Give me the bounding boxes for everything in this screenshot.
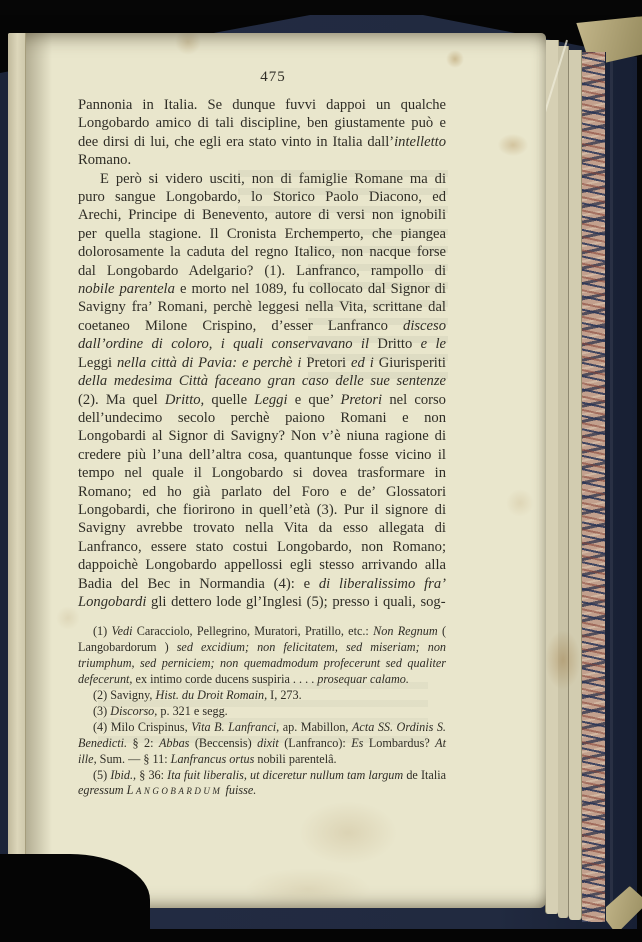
text-segment: (1) bbox=[93, 624, 112, 638]
text-segment: Vedi bbox=[112, 624, 133, 638]
text-segment: (3) bbox=[93, 704, 110, 718]
text-segment: de Italia bbox=[403, 768, 446, 782]
text-segment: Caracciolo, Pellegrino, Muratori, Pratil… bbox=[132, 624, 373, 638]
shadow-bottom bbox=[0, 929, 642, 942]
text-segment: Pretori bbox=[340, 392, 382, 408]
text-segment: (Beccensis) bbox=[189, 736, 257, 750]
text-segment: ap. Mabillon, bbox=[279, 720, 352, 734]
main-text: Pannonia in Italia. Se dunque fuvvi dapp… bbox=[78, 96, 446, 611]
text-segment: intelletto bbox=[394, 134, 446, 150]
text-segment: § 36: bbox=[136, 768, 167, 782]
text-segment: quelle bbox=[204, 392, 254, 408]
text-segment: (5) bbox=[93, 768, 110, 782]
text-segment: Ita fuit liberalis, ut diceretur nullum … bbox=[167, 768, 403, 782]
text-segment: Pretori bbox=[306, 355, 351, 371]
text-segment: Es bbox=[351, 736, 363, 750]
text-segment: Dritto, bbox=[165, 392, 204, 408]
footnote: (3) Discorso, p. 321 e segg. bbox=[78, 704, 446, 720]
text-segment: (4) Milo Crispinus, bbox=[93, 720, 191, 734]
text-segment: Lombardus? bbox=[363, 736, 435, 750]
text-segment: § 2: bbox=[127, 736, 159, 750]
gutter-shadow bbox=[26, 33, 52, 908]
text-segment: Pannonia in Italia. Se dunque fuvvi dapp… bbox=[78, 97, 446, 150]
text-segment: (Lanfranco): bbox=[279, 736, 351, 750]
footnote: (2) Savigny, Hist. du Droit Romain, I, 2… bbox=[78, 688, 446, 704]
page-edges-stack bbox=[569, 50, 582, 920]
page-number: 475 bbox=[100, 69, 446, 86]
text-segment: Giurisperiti bbox=[379, 355, 446, 371]
footnotes: (1) Vedi Caracciolo, Pellegrino, Murator… bbox=[78, 624, 446, 799]
text-segment: I, 273. bbox=[267, 688, 302, 702]
text-segment: Romano. bbox=[78, 152, 131, 168]
text-segment: Leggi bbox=[78, 355, 117, 371]
marbled-endpaper-edge bbox=[582, 52, 606, 922]
text-segment: nobili parentelâ. bbox=[254, 752, 336, 766]
text-segment: ed i bbox=[351, 355, 379, 371]
text-column: 475 Pannonia in Italia. Se dunque fuvvi … bbox=[78, 69, 446, 799]
page-edges-stack bbox=[558, 46, 569, 918]
text-segment: e le bbox=[421, 336, 446, 352]
text-segment: e que’ bbox=[288, 392, 341, 408]
text-segment: Leggi bbox=[254, 392, 287, 408]
text-segment: ex intimo corde ducens suspiria . . . . bbox=[132, 672, 317, 686]
cover-ridge-highlight bbox=[610, 20, 613, 925]
text-segment: dixit bbox=[257, 736, 279, 750]
text-segment: Langobardum bbox=[127, 783, 223, 797]
text-segment: prosequar calamo. bbox=[317, 672, 409, 686]
paragraph: Pannonia in Italia. Se dunque fuvvi dapp… bbox=[78, 96, 446, 170]
footnote: (4) Milo Crispinus, Vita B. Lanfranci, a… bbox=[78, 720, 446, 768]
text-segment: Hist. du Droit Romain, bbox=[156, 688, 268, 702]
paragraph: E però si videro usciti, non di famiglie… bbox=[78, 170, 446, 612]
text-segment: gli dettero lode gl’Inglesi (5); presso … bbox=[146, 594, 445, 610]
text-segment: E però si videro usciti, non di famiglie… bbox=[78, 171, 446, 279]
text-segment: (2). Ma quel bbox=[78, 392, 165, 408]
book-page: 475 Pannonia in Italia. Se dunque fuvvi … bbox=[8, 33, 546, 908]
footnote: (5) Ibid., § 36: Ita fuit liberalis, ut … bbox=[78, 768, 446, 800]
text-segment: Lanfrancus ortus bbox=[171, 752, 255, 766]
footnote: (1) Vedi Caracciolo, Pellegrino, Murator… bbox=[78, 624, 446, 688]
book-photo: 475 Pannonia in Italia. Se dunque fuvvi … bbox=[0, 0, 642, 942]
text-segment: nella città di Pavia: e perchè i bbox=[117, 355, 306, 371]
gutter-page-edge bbox=[8, 33, 26, 908]
text-segment: Discorso, bbox=[110, 704, 157, 718]
text-segment: Sum. — § 11: bbox=[97, 752, 171, 766]
text-segment: Non Regnum bbox=[373, 624, 438, 638]
text-segment: egressum bbox=[78, 783, 127, 797]
text-segment: della medesima Città faceano gran caso d… bbox=[78, 373, 446, 389]
foxing-stain bbox=[545, 630, 581, 690]
text-segment: nobile parentela bbox=[78, 281, 175, 297]
page-edges-stack bbox=[545, 40, 559, 914]
text-segment: nel corso dell’undecimo secolo perchè pa… bbox=[78, 392, 446, 592]
text-segment: Vita B. Lanfranci, bbox=[191, 720, 279, 734]
text-segment: Dritto bbox=[377, 336, 420, 352]
text-segment: fuisse. bbox=[222, 783, 256, 797]
text-segment: Abbas bbox=[159, 736, 189, 750]
text-segment: (2) Savigny, bbox=[93, 688, 156, 702]
text-segment: p. 321 e segg. bbox=[157, 704, 227, 718]
text-segment: Ibid., bbox=[110, 768, 136, 782]
